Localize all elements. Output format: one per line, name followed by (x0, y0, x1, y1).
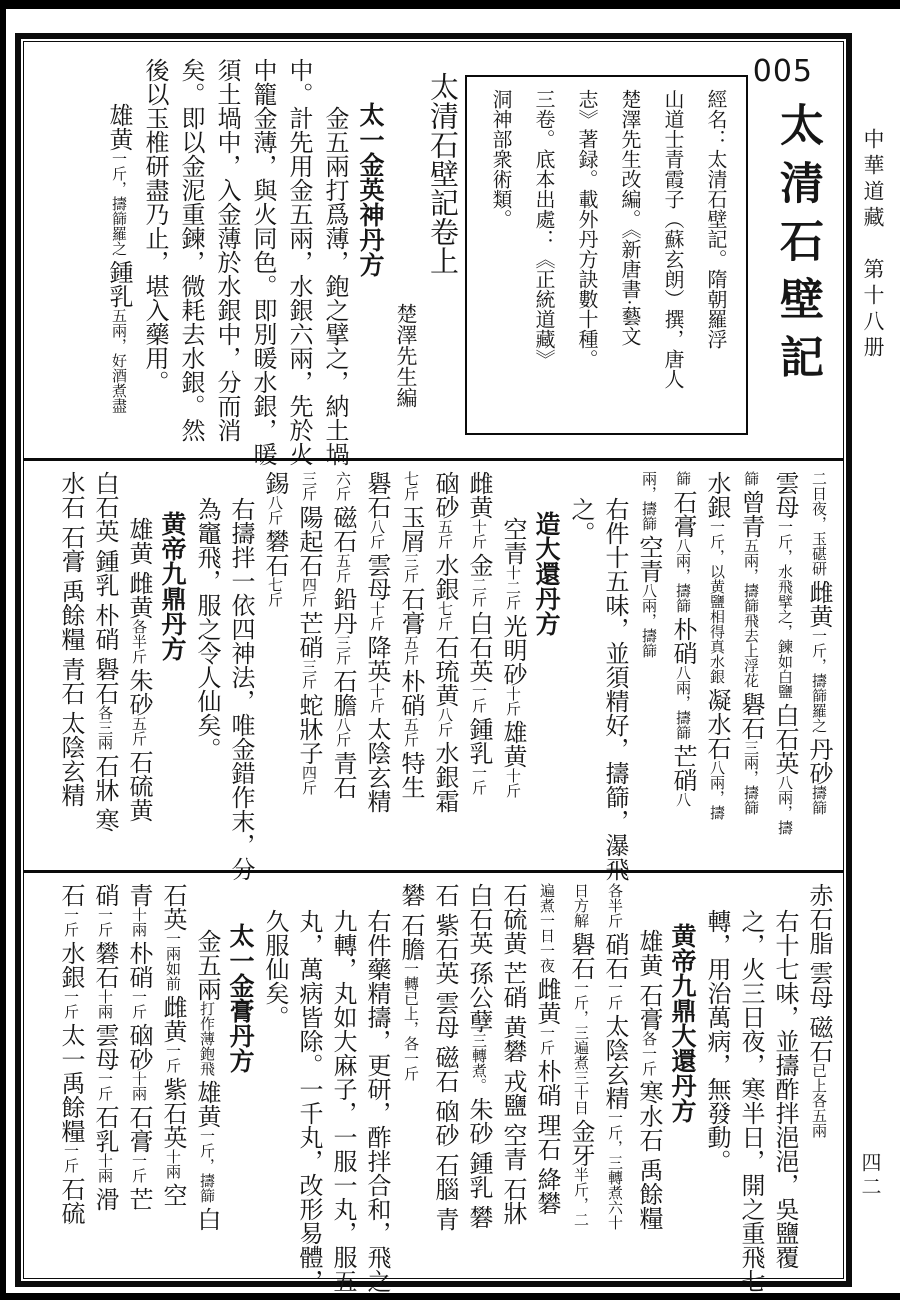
text-segment: 金牙 (567, 1119, 593, 1167)
text-column: 黄帝九鼎大還丹方 (665, 883, 699, 1274)
text-segment: 石 紫石英 雲母 磁石 硇砂 石腦 青 (431, 883, 457, 1231)
text-column: 後以玉椎研盡乃止，堪入藥用。 (136, 58, 172, 454)
text-segment: 篩 (742, 471, 758, 486)
text-segment: 十斤 (368, 601, 384, 631)
text-segment: 九轉，丸如大麻子，一服一丸，服五 (329, 909, 355, 1293)
text-segment: 朴硝 理石 絳礬 (533, 1059, 559, 1215)
text-segment: 一斤 (96, 907, 112, 937)
text-column: 右件十五味，並須精好，擣篩，瀑飛 (597, 471, 631, 866)
text-segment: 雌黄 (805, 580, 831, 628)
text-segment: 五兩，好酒煮盡 (110, 308, 126, 413)
info-box-column: 三卷。底本出處：《正統道藏》 (521, 89, 564, 421)
text-segment: 五斤 (402, 717, 418, 747)
text-segment: 石膏 (669, 490, 695, 538)
text-column: 遍煮一日一夜雌黄一斤朴硝 理石 絳礬 (529, 883, 563, 1274)
text-segment: 楚澤先生編 (394, 303, 418, 408)
text-segment: 十斤 (504, 768, 520, 798)
text-segment: 右十七味，並擣酢拌浥浥，吳鹽覆 (771, 909, 797, 1269)
text-segment: 十斤 (504, 686, 520, 716)
text-segment: 丹砂 (805, 737, 831, 785)
text-segment: 礬 石膽 (397, 883, 423, 961)
volume-label: 第十八册 (861, 258, 885, 362)
text-segment: 金 (465, 553, 491, 577)
text-segment: 芒硝 (295, 611, 321, 659)
info-box-column: 志》著録。載外丹方訣數十種。 (564, 89, 607, 421)
text-segment: 石英 (159, 883, 185, 931)
text-segment: 十兩 (96, 1153, 112, 1183)
text-segment: 中籠金薄，與火同色。即別暖水銀，暖 (249, 58, 275, 466)
info-box-column: 洞神部衆術類。 (478, 89, 521, 421)
text-segment: 礜石 (737, 692, 763, 740)
text-column: 須土堝中，入金薄於水銀中，分而消 (208, 58, 244, 454)
text-column: 丸，萬病皆除。一千丸，改形易體， (291, 883, 325, 1274)
text-segment: 石膏 (397, 587, 423, 635)
text-segment: 紫石英 (159, 1077, 185, 1149)
text-segment: 光明砂 (499, 614, 525, 686)
text-column: 久服仙矣。 (257, 883, 291, 1274)
text-column: 右十七味，並擣酢拌浥浥，吳鹽覆 (767, 883, 801, 1274)
text-segment: 之。 (567, 497, 593, 545)
text-column: 水銀一斤，以黄鹽相得真水銀凝水石八兩，擣 (699, 471, 733, 866)
text-columns-bottom: 赤石脂 雲母 磁石已上各五兩右十七味，並擣酢拌浥浥，吳鹽覆之，火三日夜，寒半日，… (24, 873, 843, 1278)
text-segment: 空青 (499, 517, 525, 565)
text-column: 六斤磁石五斤鉛丹三斤石膽八斤青石 (325, 471, 359, 866)
text-segment: 一斤 (96, 1071, 112, 1101)
text-segment: 中。計先用金五兩，水銀六兩，先於火 (285, 58, 311, 466)
text-segment: 雌黄 (533, 977, 559, 1025)
text-column: 赤石脂 雲母 磁石已上各五兩 (801, 883, 835, 1274)
doc-title: 太清石壁記 (765, 102, 829, 392)
scan-edge-top (0, 0, 900, 9)
text-column: 礬 石膽一轉已上，各一斤 (393, 883, 427, 1274)
band-bottom: 赤石脂 雲母 磁石已上各五兩右十七味，並擣酢拌浥浥，吳鹽覆之，火三日夜，寒半日，… (24, 873, 843, 1278)
text-segment: 右件藥精擣，更研，酢拌合和，飛之 (363, 909, 389, 1293)
text-column: 青十兩朴硝一斤硇砂十兩石膏一斤芒 (121, 883, 155, 1274)
text-segment: 特生 (397, 751, 423, 799)
scan-edge-bottom (0, 1293, 900, 1300)
text-segment: 七斤 (402, 471, 418, 501)
text-segment: 雌黄 (159, 995, 185, 1043)
text-segment: 三兩，擣篩 (742, 740, 758, 815)
text-segment: 五斤 (436, 519, 452, 549)
text-segment: 石硫黄 芒硝 黄礬 戎鹽 空青 石牀 (499, 883, 525, 1225)
text-segment: 一斤 (470, 683, 486, 713)
text-segment: 一斤 (130, 1153, 146, 1183)
text-segment: 二日夜，玉碪研 (810, 471, 826, 576)
text-column: 白石英 鍾乳 朴硝 礜石各三兩石牀 寒 (87, 471, 121, 866)
text-segment: 已上各五兩 (810, 1063, 826, 1138)
text-segment: 右件十五味，並須精好，擣篩，瀑飛 (601, 497, 627, 881)
text-segment: 七斤 (266, 577, 282, 607)
text-segment: 久服仙矣。 (261, 909, 287, 1029)
text-segment: 金五兩 (193, 929, 219, 1001)
doc-number: 005 (753, 54, 813, 89)
text-segment: 十兩 (130, 907, 146, 937)
text-segment: 水銀 (57, 941, 83, 989)
text-segment: 十兩 (164, 1149, 180, 1179)
text-segment: 金五兩打爲薄，鉋之擘之，納土堝 (321, 106, 347, 466)
text-segment: 雄黄 (193, 1080, 219, 1128)
text-segment: 水石 石膏 禹餘糧 青石 太陰玄精 (57, 471, 83, 807)
text-segment: 礜石 (363, 471, 389, 519)
text-segment: 太一禹餘糧 (57, 1023, 83, 1143)
text-column: 水石 石膏 禹餘糧 青石 太陰玄精 (53, 471, 87, 866)
text-segment: 白石英 (771, 703, 797, 775)
text-segment: 太清石壁記卷上 (426, 72, 458, 275)
text-segment: 三斤 (300, 659, 316, 689)
text-segment: 雲母 (771, 471, 797, 519)
text-column: 二日夜，玉碪研雌黄一斤，擣篩羅之丹砂擣篩 (801, 471, 835, 866)
text-column: 石英一兩如前雌黄一斤紫石英十兩空 (155, 883, 189, 1274)
band-top: 005 太清石壁記 經名：太清石壁記。隋朝羅浮山道士青霞子（蘇玄朗）撰，唐人楚澤… (24, 42, 843, 458)
text-segment: 石硫 (57, 1177, 83, 1225)
text-segment: 須土堝中，入金薄於水銀中，分而消 (213, 58, 239, 442)
text-segment: 為竈飛，服之令人仙矣。 (193, 497, 219, 761)
band-middle: 二日夜，玉碪研雌黄一斤，擣篩羅之丹砂擣篩雲母一斤，水飛擘之，鍊如白鹽白石英八兩，… (24, 461, 843, 870)
text-segment: 三斤 (300, 471, 316, 501)
text-column: 中籠金薄，與火同色。即別暖水銀，暖 (244, 58, 280, 454)
text-segment: 丸，萬病皆除。一千丸，改形易體， (295, 909, 321, 1293)
text-segment: 太陰玄精 (601, 1014, 627, 1110)
page-frame-inner: 005 太清石壁記 經名：太清石壁記。隋朝羅浮山道士青霞子（蘇玄朗）撰，唐人楚澤… (23, 41, 844, 1279)
text-column: 三斤陽起石四斤芒硝三斤蛇牀子四斤 (291, 471, 325, 866)
text-segment: 二斤 (470, 577, 486, 607)
text-segment: 十二斤 (504, 565, 520, 610)
text-segment: 芒硝 (669, 744, 695, 792)
text-segment: 雄黄 (499, 720, 525, 768)
text-segment: 八斤 (266, 495, 282, 525)
text-segment: 十兩 (96, 989, 112, 1019)
text-column: 日方解礜石一斤，三遍煮三十日金牙半斤，二 (563, 883, 597, 1274)
text-segment: 五斤 (130, 716, 146, 746)
text-segment: 空 (159, 1183, 185, 1207)
text-segment: 一斤 (62, 907, 78, 937)
text-column: 雲母一斤，水飛擘之，鍊如白鹽白石英八兩，擣 (767, 471, 801, 866)
text-segment: 兩，擣篩 (640, 471, 656, 531)
text-segment: 三斤 (334, 635, 350, 665)
text-segment: 鍾乳 (465, 717, 491, 765)
text-column: 各半斤硝石一斤太陰玄精一斤，三轉煮六十 (597, 883, 631, 1274)
text-segment: 石膽 (329, 669, 355, 717)
text-segment: 一斤 (606, 980, 622, 1010)
text-column: 楚澤先生編 (388, 58, 424, 454)
text-segment: 水銀 (431, 553, 457, 601)
text-segment: 蛇牀子 (295, 693, 321, 765)
text-segment: 八斤 (436, 707, 452, 737)
text-segment: 各半斤 (130, 619, 146, 664)
text-segment: 陽起石 (295, 505, 321, 577)
text-segment: 太陰玄精 (363, 717, 389, 813)
text-segment: 八斤 (368, 519, 384, 549)
edition-label: 中華道藏第十八册 (858, 128, 888, 362)
text-segment: 空青 (635, 535, 661, 583)
text-column: 太一金英神丹方 (352, 58, 388, 454)
text-segment: 一斤 (470, 765, 486, 795)
text-column: 之。 (563, 471, 597, 866)
text-column: 石一斤水銀一斤太一禹餘糧一斤石硫 (53, 883, 87, 1274)
text-segment: 之，火三日夜，寒半日，開之重飛七 (737, 909, 763, 1293)
text-column: 矣。即以金泥重鍊，微耗去水銀。然 (172, 58, 208, 454)
text-segment: 一斤 (538, 1025, 554, 1055)
text-segment: 一斤，擣篩羅之 (110, 151, 126, 256)
text-segment: 朴硝 (125, 941, 151, 989)
text-segment: 一兩如前 (164, 931, 180, 991)
section-heading: 太一金膏丹方 (226, 923, 255, 1073)
section-heading: 黄帝九鼎大還丹方 (668, 923, 697, 1123)
text-column: 金五兩打爲薄，鉋之擘之，納土堝 (316, 58, 352, 454)
text-columns-top: 太清石壁記卷上楚澤先生編太一金英神丹方金五兩打爲薄，鉋之擘之，納土堝中。計先用金… (24, 42, 460, 458)
info-box-column: 山道士青霞子（蘇玄朗）撰，唐人 (650, 89, 693, 421)
text-segment: 石牀 寒 (91, 754, 117, 832)
text-column: 錫八斤礬石七斤 (257, 471, 291, 866)
text-segment: 十斤 (368, 683, 384, 713)
text-segment: 日方解 (572, 883, 588, 928)
text-segment: 錫 (261, 471, 287, 495)
text-column: 太一金膏丹方 (223, 883, 257, 1274)
text-segment: 一斤，三遍煮三十日 (572, 980, 588, 1115)
text-segment: 曾青 (737, 490, 763, 538)
text-segment: 半斤，二 (572, 1167, 588, 1227)
text-segment: 白石英 孫公孽 (465, 883, 491, 1033)
text-segment: 硝 (91, 883, 117, 907)
scan-edge-left (0, 0, 6, 1300)
text-segment: 後以玉椎研盡乃止，堪入藥用。 (141, 58, 167, 394)
text-segment: 朱砂 (125, 668, 151, 716)
info-box-column: 經名：太清石壁記。隋朝羅浮 (693, 89, 736, 421)
text-column: 黄帝九鼎丹方 (155, 471, 189, 866)
text-segment: 雄黄 (105, 103, 131, 151)
text-segment: 石硫黄 (125, 750, 151, 822)
text-segment: 各三兩 (96, 705, 112, 750)
text-segment: 滑 (91, 1187, 117, 1211)
text-segment: 石琉黄 (431, 635, 457, 707)
text-segment: 一斤，擣篩羅之 (810, 628, 826, 733)
text-column: 白石英 孫公孽三轉煮。朱砂 鍾乳 礬 (461, 883, 495, 1274)
text-segment: 礬石 (261, 529, 287, 577)
folio-number: 四二 (855, 1152, 884, 1200)
text-column: 右件藥精擣，更研，酢拌合和，飛之 (359, 883, 393, 1274)
text-segment: 石乳 (91, 1105, 117, 1153)
text-segment: 鉛丹 (329, 587, 355, 635)
text-column: 金五兩打作薄鉋飛雄黄一斤，擣篩白 (189, 883, 223, 1274)
text-segment: 凝水石 (703, 688, 729, 760)
text-segment: 八 (674, 792, 690, 807)
info-box-column: 楚澤先生改編。《新唐書·藝文 (607, 89, 650, 421)
text-segment: 赤石脂 雲母 磁石 (805, 883, 831, 1063)
text-segment: 八兩，擣篩 (640, 583, 656, 658)
text-segment: 十斤 (470, 519, 486, 549)
text-segment: 八兩，擣 (776, 775, 792, 835)
text-segment: 雄黄 雌黄 (125, 517, 151, 619)
text-segment: 玉屑 (397, 505, 423, 553)
text-segment: 一斤，水飛擘之，鍊如白鹽 (776, 519, 792, 699)
text-segment: 降英 (363, 635, 389, 683)
text-segment: 四斤 (300, 577, 316, 607)
text-segment: 八斤 (334, 717, 350, 747)
text-column: 轉，用治萬病，無發動。 (699, 883, 733, 1274)
text-column: 礜石八斤雲母十斤降英十斤太陰玄精 (359, 471, 393, 866)
text-segment: 芒 (125, 1187, 151, 1211)
text-segment: 青石 (329, 751, 355, 799)
text-column: 硇砂五斤水銀七斤石琉黄八斤水銀霜 (427, 471, 461, 866)
text-column: 硝一斤礬石十兩雲母一斤石乳十兩滑 (87, 883, 121, 1274)
text-segment: 青 (125, 883, 151, 907)
text-segment: 石膏 (125, 1105, 151, 1153)
text-segment: 一斤 (130, 989, 146, 1019)
text-column: 篩曾青五兩，擣篩飛去上浮花礜石三兩，擣篩 (733, 471, 767, 866)
text-segment: 一斤 (62, 1143, 78, 1173)
text-segment: 朴硝 (669, 617, 695, 665)
text-segment: 硇砂 (431, 471, 457, 519)
text-column: 太清石壁記卷上 (424, 58, 460, 454)
text-segment: 打作薄鉋飛 (198, 1001, 214, 1076)
page-frame: 005 太清石壁記 經名：太清石壁記。隋朝羅浮山道士青霞子（蘇玄朗）撰，唐人楚澤… (15, 33, 852, 1287)
text-column: 石硫黄 芒硝 黄礬 戎鹽 空青 石牀 (495, 883, 529, 1274)
text-segment: 水銀 (703, 471, 729, 519)
text-segment: 各一斤 (640, 1031, 656, 1076)
text-segment: 篩 (674, 471, 690, 486)
text-segment: 擣篩 (810, 785, 826, 815)
text-segment: 一斤，以黄鹽相得真水銀 (708, 519, 724, 684)
text-segment: 朴硝 (397, 669, 423, 717)
info-box: 經名：太清石壁記。隋朝羅浮山道士青霞子（蘇玄朗）撰，唐人楚澤先生改編。《新唐書·… (465, 75, 748, 435)
text-column: 雄黄 雌黄各半斤朱砂五斤石硫黄 (121, 471, 155, 866)
text-segment: 矣。即以金泥重鍊，微耗去水銀。然 (177, 58, 203, 442)
text-segment: 遍煮一日一夜 (538, 883, 554, 973)
text-segment: 右擣拌一依四神法，唯金錯作末，分 (227, 497, 253, 881)
text-segment: 白石英 鍾乳 朴硝 礜石 (91, 471, 117, 705)
text-segment: 一斤，三轉煮六十 (606, 1110, 622, 1230)
text-column: 右擣拌一依四神法，唯金錯作末，分 (223, 471, 257, 866)
text-columns-middle: 二日夜，玉碪研雌黄一斤，擣篩羅之丹砂擣篩雲母一斤，水飛擘之，鍊如白鹽白石英八兩，… (24, 461, 843, 870)
text-column: 石 紫石英 雲母 磁石 硇砂 石腦 青 (427, 883, 461, 1274)
text-segment: 礜石 (567, 932, 593, 980)
text-segment: 朱砂 鍾乳 礬 (465, 1097, 491, 1229)
text-column: 雄黄一斤，擣篩羅之鍾乳五兩，好酒煮盡 (100, 58, 136, 454)
text-segment: 一轉已上，各一斤 (402, 961, 418, 1081)
text-segment: 一斤 (164, 1043, 180, 1073)
text-column: 篩石膏八兩，擣篩朴硝八兩，擣篩芒硝八 (665, 471, 699, 866)
text-segment: 六斤 (334, 471, 350, 501)
text-column: 為竈飛，服之令人仙矣。 (189, 471, 223, 866)
text-column: 七斤玉屑三斤石膏五斤朴硝五斤特生 (393, 471, 427, 866)
text-segment: 礬石 (91, 941, 117, 989)
text-column: 雄黄 石膏各一斤寒水石 禹餘糧 (631, 883, 665, 1274)
text-segment: 寒水石 禹餘糧 (635, 1080, 661, 1230)
text-segment: 轉，用治萬病，無發動。 (703, 909, 729, 1173)
text-segment: 硝石 (601, 932, 627, 980)
text-segment: 雄黄 石膏 (635, 929, 661, 1031)
text-segment: 八兩，擣篩 (674, 538, 690, 613)
text-segment: 磁石 (329, 505, 355, 553)
text-segment: 硇砂 (125, 1023, 151, 1071)
text-column: 兩，擣篩空青八兩，擣篩 (631, 471, 665, 866)
text-segment: 三轉煮。 (470, 1033, 486, 1093)
text-segment: 鍾乳 (105, 260, 131, 308)
text-column: 九轉，丸如大麻子，一服一丸，服五 (325, 883, 359, 1274)
text-segment: 一斤 (62, 989, 78, 1019)
text-segment: 七斤 (436, 601, 452, 631)
text-segment: 各半斤 (606, 883, 622, 928)
section-heading: 造大還丹方 (532, 511, 561, 636)
edition-title: 中華道藏 (861, 128, 885, 232)
text-segment: 五斤 (334, 553, 350, 583)
text-segment: 白 (193, 1207, 219, 1231)
text-column: 雌黄十斤金二斤白石英一斤鍾乳一斤 (461, 471, 495, 866)
text-segment: 五兩，擣篩飛去上浮花 (742, 538, 758, 688)
text-segment: 十兩 (130, 1071, 146, 1101)
text-segment: 石 (57, 883, 83, 907)
text-column: 中。計先用金五兩，水銀六兩，先於火 (280, 58, 316, 454)
section-heading: 黄帝九鼎丹方 (158, 511, 187, 661)
text-segment: 雲母 (91, 1023, 117, 1071)
text-segment: 水銀霜 (431, 741, 457, 813)
text-segment: 白石英 (465, 611, 491, 683)
text-segment: 四斤 (300, 765, 316, 795)
text-segment: 八兩，擣 (708, 760, 724, 820)
text-column: 造大還丹方 (529, 471, 563, 866)
text-segment: 五斤 (402, 635, 418, 665)
text-column: 空青十二斤光明砂十斤雄黄十斤 (495, 471, 529, 866)
text-segment: 三斤 (402, 553, 418, 583)
section-heading: 太一金英神丹方 (356, 102, 385, 277)
text-column: 之，火三日夜，寒半日，開之重飛七 (733, 883, 767, 1274)
text-segment: 八兩，擣篩 (674, 665, 690, 740)
text-segment: 雲母 (363, 553, 389, 601)
text-segment: 雌黄 (465, 471, 491, 519)
text-segment: 一斤，擣篩 (198, 1128, 214, 1203)
